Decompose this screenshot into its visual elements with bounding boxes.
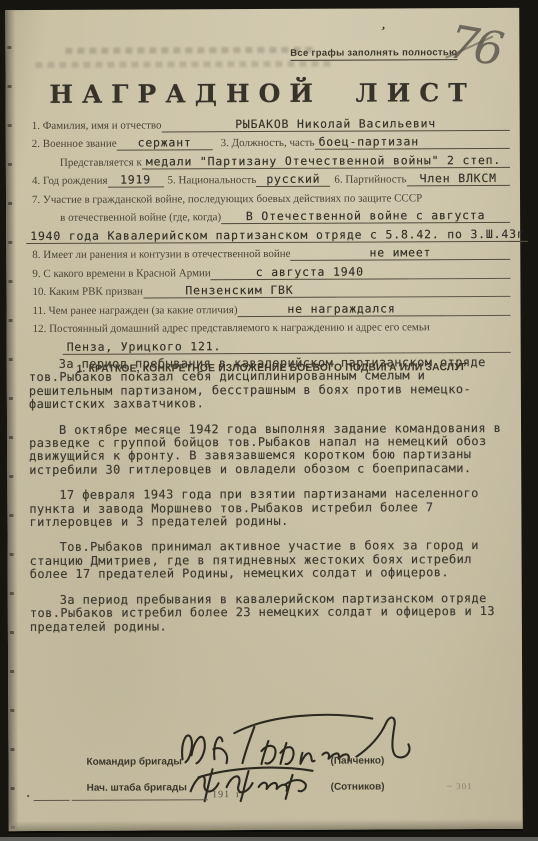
field-name-value: РЫБАКОВ Николай Васильевич bbox=[161, 116, 509, 132]
field-name: 1. Фамилия, имя и отчество РЫБАКОВ Никол… bbox=[32, 112, 510, 133]
field-army-since: 9. С какого времени в Красной Армии с ав… bbox=[32, 260, 510, 281]
field-war-label-line2: в отечественной войне (где, когда) bbox=[32, 211, 221, 225]
field-war-participation-line3: 1940 года Кавалерийском партизанском отр… bbox=[32, 223, 510, 244]
scan-edge-strip bbox=[0, 837, 538, 841]
page-bottom-shadow bbox=[9, 819, 523, 831]
field-position-value: боец-партизан bbox=[315, 135, 510, 150]
field-position-label: 3. Должность, часть bbox=[213, 137, 315, 150]
page-number-text: 76 bbox=[445, 14, 504, 76]
field-army-since-value: с августа 1940 bbox=[211, 265, 409, 280]
field-prior-awards-value: не награждался bbox=[237, 302, 445, 317]
merit-paragraph: За период пребывания в кавалерийском пар… bbox=[29, 356, 511, 412]
signature-block: Командир бригады (Панченко) Нач. штаба б… bbox=[8, 706, 522, 818]
commander-signature bbox=[176, 708, 438, 771]
field-nationality-label: 5. Национальность bbox=[163, 174, 256, 187]
year-suffix: г. bbox=[233, 789, 247, 800]
field-home-address-label-row: 12. Постоянный домашний адрес представля… bbox=[33, 315, 511, 336]
merit-paragraph: За период пребывания в кавалерийском пар… bbox=[30, 592, 512, 634]
field-rank-position: 2. Военное звание сержант 3. Должность, … bbox=[32, 130, 510, 151]
field-birth-nation-party: 4. Год рождения 1919 5. Национальность р… bbox=[32, 167, 510, 188]
print-order-mark: ~ 301 bbox=[447, 781, 473, 791]
field-drafted-by: 10. Каким РВК призван Пензенским ГВК bbox=[32, 278, 510, 299]
bleed-through-text bbox=[35, 61, 335, 68]
year-preprint: 191 bbox=[209, 789, 233, 800]
commander-label: Командир бригады bbox=[86, 756, 181, 767]
field-war-participation-line2: в отечественной войне (где, когда) В Оте… bbox=[32, 204, 510, 225]
merit-paragraph: В октябре месяце 1942 года выполняя зада… bbox=[29, 422, 511, 478]
date-line-dot: • bbox=[27, 791, 30, 801]
merit-description: За период пребывания в кавалерийском пар… bbox=[29, 356, 512, 646]
handwritten-page-number: 76 bbox=[441, 16, 511, 86]
field-rank-value: сержант bbox=[117, 136, 213, 150]
blank-line bbox=[409, 265, 511, 278]
presented-label: Представляется к bbox=[32, 156, 142, 169]
field-home-address-value: Пенза, Урицкого 121. bbox=[63, 339, 361, 354]
commander-name: (Панченко) bbox=[330, 755, 384, 766]
field-party-value: Член ВЛКСМ bbox=[406, 172, 510, 186]
field-war-label-line1: 7. Участие в гражданской войне, последую… bbox=[32, 192, 422, 207]
fill-all-fields-note: Все графы заполнять полностью bbox=[290, 47, 457, 61]
field-home-address-value-row: Пенза, Урицкого 121. bbox=[33, 334, 511, 355]
field-birthyear-value: 1919 bbox=[107, 173, 163, 187]
award-form: 1. Фамилия, имя и отчество РЫБАКОВ Никол… bbox=[32, 112, 511, 375]
blank-line bbox=[445, 302, 510, 315]
document-page: ’ Все графы заполнять полностью 76 НАГРА… bbox=[5, 8, 523, 831]
merit-paragraph: 17 февраля 1943 года при взятии партизан… bbox=[29, 487, 511, 529]
bleed-through-text bbox=[65, 47, 315, 54]
field-prior-awards-label: 11. Чем ранее награжден (за какие отличи… bbox=[32, 304, 237, 318]
presented-value: медали "Партизану Отечественной войны" 2… bbox=[142, 153, 510, 169]
field-name-label: 1. Фамилия, имя и отчество bbox=[32, 119, 162, 133]
chief-of-staff-name: (Сотников) bbox=[331, 781, 385, 792]
field-presented-for: Представляется к медали "Партизану Отече… bbox=[32, 149, 510, 170]
field-war-value-line1: В Отечественной войне с августа bbox=[221, 209, 510, 224]
pen-tick-mark: ’ bbox=[377, 24, 387, 42]
blank-line bbox=[361, 339, 511, 353]
date-blank-day bbox=[34, 790, 70, 801]
field-wounds-value: не имеет bbox=[290, 246, 510, 261]
field-prior-awards: 11. Чем ранее награжден (за какие отличи… bbox=[32, 297, 510, 318]
field-drafted-by-value: Пензенским ГВК bbox=[143, 284, 336, 299]
field-army-since-label: 9. С какого времени в Красной Армии bbox=[32, 267, 211, 281]
field-wounds-label: 8. Имеет ли ранения и контузии в отечест… bbox=[32, 248, 290, 262]
field-rank-label: 2. Военное звание bbox=[32, 138, 117, 151]
field-party-label: 6. Партийность bbox=[330, 173, 406, 186]
field-wounds: 8. Имеет ли ранения и контузии в отечест… bbox=[32, 241, 510, 262]
field-nationality-value: русский bbox=[256, 173, 330, 187]
field-war-participation-line1: 7. Участие в гражданской войне, последую… bbox=[32, 186, 510, 207]
field-drafted-by-label: 10. Каким РВК призван bbox=[32, 286, 143, 299]
merit-paragraph: Тов.Рыбаков принимал активное участие в … bbox=[30, 539, 512, 581]
field-home-address-label: 12. Постоянный домашний адрес представля… bbox=[33, 321, 430, 336]
document-title: НАГРАДНОЙ ЛИСТ bbox=[6, 78, 520, 109]
scanned-document: ’ Все графы заполнять полностью 76 НАГРА… bbox=[0, 0, 538, 841]
blank-line bbox=[336, 284, 511, 298]
field-birthyear-label: 4. Год рождения bbox=[32, 175, 108, 188]
date-line: • 191 г. bbox=[27, 789, 247, 801]
date-blank-month bbox=[72, 789, 207, 801]
field-war-value-line2: 1940 года Кавалерийском партизанском отр… bbox=[26, 227, 528, 243]
